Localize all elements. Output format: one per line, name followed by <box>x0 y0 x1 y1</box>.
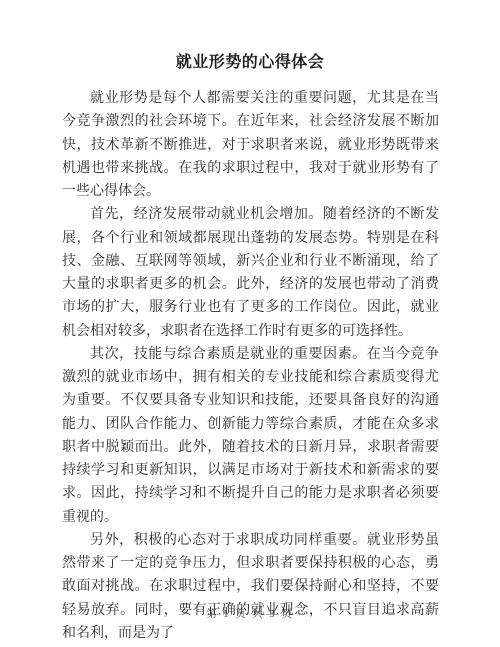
paragraph-third-point: 另外，积极的心态对于求职成功同样重要。就业形势虽然带来了一定的竞争压力，但求职者… <box>62 529 439 645</box>
page-number-footer: 第 1 页 共 3 页 <box>0 606 500 621</box>
page-title: 就业形势的心得体会 <box>0 0 500 74</box>
document-body: 就业形势是每个人都需要关注的重要问题，尤其是在当今竞争激烈的社会环境下。在近年来… <box>62 87 439 645</box>
paragraph-second-point: 其次，技能与综合素质是就业的重要因素。在当今竞争激烈的就业市场中，拥有相关的专业… <box>62 343 439 529</box>
paragraph-first-point: 首先，经济发展带动就业机会增加。随着经济的不断发展，各个行业和领域都展现出蓬勃的… <box>62 203 439 343</box>
paragraph-intro: 就业形势是每个人都需要关注的重要问题，尤其是在当今竞争激烈的社会环境下。在近年来… <box>62 87 439 203</box>
document-page: 就业形势的心得体会 就业形势是每个人都需要关注的重要问题，尤其是在当今竞争激烈的… <box>0 0 500 647</box>
